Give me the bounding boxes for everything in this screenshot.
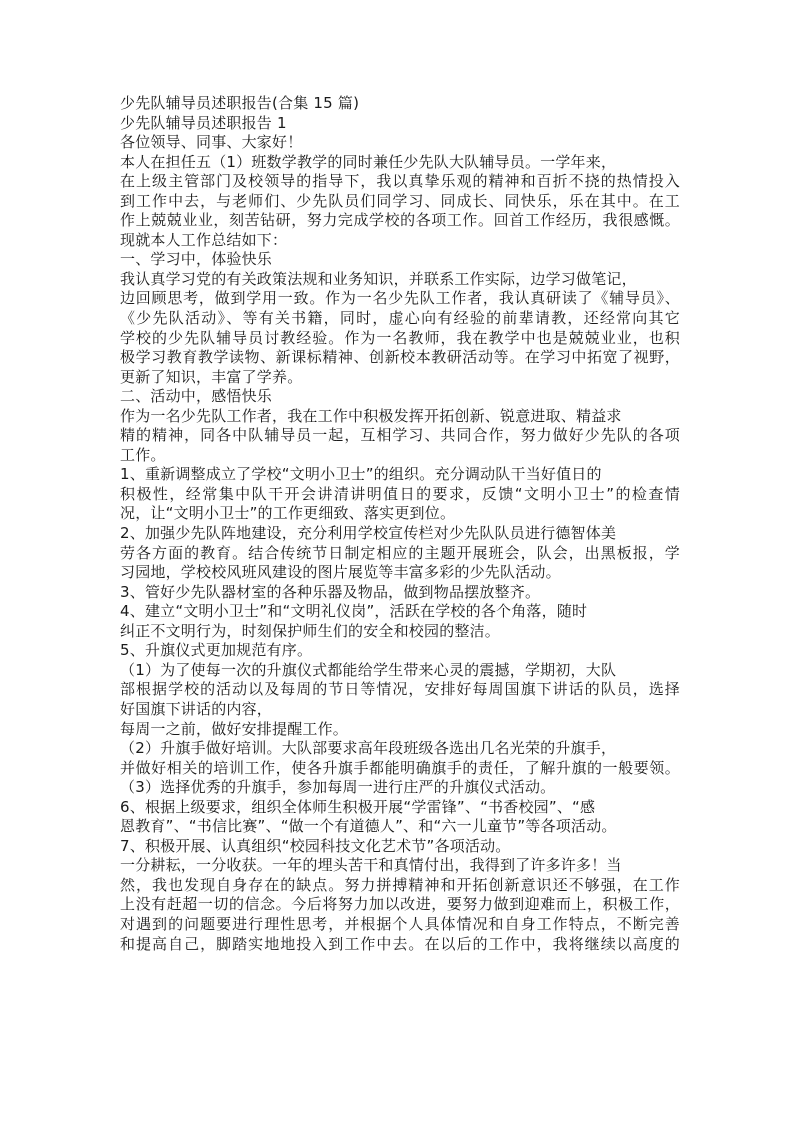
text-line: 作上兢兢业业，刻苦钻研，努力完成学校的各项工作。回首工作经历，我很感慨。 — [120, 211, 680, 231]
document-page: 少先队辅导员述职报告(合集 15 篇)少先队辅导员述职报告 1各位领导、同事、大… — [120, 94, 680, 954]
text-line: 积极性，经常集中队干开会讲清讲明值日的要求，反馈“文明小卫士”的检查情 — [120, 485, 680, 505]
text-line: 一、学习中，体验快乐 — [120, 250, 680, 270]
text-line: 我认真学习党的有关政策法规和业务知识，并联系工作实际，边学习做笔记， — [120, 270, 680, 290]
text-line: 部根据学校的活动以及每周的节日等情况，安排好每周国旗下讲话的队员，选择 — [120, 680, 680, 700]
text-line: 每周一之前，做好安排提醒工作。 — [120, 720, 680, 740]
text-line: 各位领导、同事、大家好！ — [120, 133, 680, 153]
text-line: 边回顾思考，做到学用一致。作为一名少先队工作者，我认真研读了《辅导员》、 — [120, 289, 680, 309]
text-line: 极学习教育教学读物、新课标精神、创新校本教研活动等。在学习中拓宽了视野， — [120, 348, 680, 368]
text-line: 本人在担任五（1）班数学教学的同时兼任少先队大队辅导员。一学年来， — [120, 153, 680, 173]
document-title: 少先队辅导员述职报告(合集 15 篇) — [120, 94, 680, 114]
text-line: 7、积极开展、认真组织“校园科技文化艺术节”各项活动。 — [120, 837, 680, 857]
text-line: 好国旗下讲话的内容， — [120, 700, 680, 720]
text-line: （1）为了使每一次的升旗仪式都能给学生带来心灵的震撼，学期初，大队 — [120, 661, 680, 681]
text-line: 况，让“文明小卫士”的工作更细致、落实更到位。 — [120, 504, 680, 524]
text-line: 4、建立“文明小卫士”和“文明礼仪岗”，活跃在学校的各个角落，随时 — [120, 602, 680, 622]
text-line: 纠正不文明行为，时刻保护师生们的安全和校园的整洁。 — [120, 622, 680, 642]
text-line: 2、加强少先队阵地建设，充分利用学校宣传栏对少先队队员进行德智体美 — [120, 524, 680, 544]
text-line: 更新了知识，丰富了学养。 — [120, 368, 680, 388]
text-line: （3）选择优秀的升旗手，参加每周一进行庄严的升旗仪式活动。 — [120, 778, 680, 798]
text-line: 和提高自己，脚踏实地地投入到工作中去。在以后的工作中，我将继续以高度的 — [120, 935, 680, 955]
text-line: 现就本人工作总结如下： — [120, 231, 680, 251]
document-subtitle: 少先队辅导员述职报告 1 — [120, 114, 680, 134]
text-line: 3、管好少先队器材室的各种乐器及物品，做到物品摆放整齐。 — [120, 583, 680, 603]
text-line: 习园地，学校校风班风建设的图片展览等丰富多彩的少先队活动。 — [120, 563, 680, 583]
text-line: 恩教育”、“书信比赛”、“做一个有道德人”、和“六一儿童节”等各项活动。 — [120, 817, 680, 837]
text-line: 二、活动中，感悟快乐 — [120, 387, 680, 407]
text-line: 上没有赶超一切的信念。今后将努力加以改进，要努力做到迎难而上，积极工作， — [120, 895, 680, 915]
text-line: 精的精神，同各中队辅导员一起，互相学习、共同合作，努力做好少先队的各项 — [120, 426, 680, 446]
text-line: 然，我也发现自身存在的缺点。努力拼搏精神和开拓创新意识还不够强，在工作 — [120, 876, 680, 896]
text-line: 6、根据上级要求，组织全体师生积极开展“学雷锋”、“书香校园”、“感 — [120, 798, 680, 818]
text-line: 工作。 — [120, 446, 680, 466]
text-line: 劳各方面的教育。结合传统节日制定相应的主题开展班会，队会，出黑板报，学 — [120, 544, 680, 564]
text-line: 到工作中去，与老师们、少先队员们同学习、同成长、同快乐，乐在其中。在工 — [120, 192, 680, 212]
text-line: 1、重新调整成立了学校“文明小卫士”的组织。充分调动队干当好值日的 — [120, 465, 680, 485]
text-line: 并做好相关的培训工作，使各升旗手都能明确旗手的责任，了解升旗的一般要领。 — [120, 759, 680, 779]
text-line: 对遇到的问题要进行理性思考，并根据个人具体情况和自身工作特点，不断完善 — [120, 915, 680, 935]
text-line: 5、升旗仪式更加规范有序。 — [120, 641, 680, 661]
text-line: 学校的少先队辅导员讨教经验。作为一名教师，我在教学中也是兢兢业业，也积 — [120, 329, 680, 349]
text-line: 作为一名少先队工作者，我在工作中积极发挥开拓创新、锐意进取、精益求 — [120, 407, 680, 427]
text-line: （2）升旗手做好培训。大队部要求高年段班级各选出几名光荣的升旗手， — [120, 739, 680, 759]
text-line: 一分耕耘，一分收获。一年的埋头苦干和真情付出，我得到了许多许多！当 — [120, 856, 680, 876]
text-line: 在上级主管部门及校领导的指导下，我以真挚乐观的精神和百折不挠的热情投入 — [120, 172, 680, 192]
text-line: 《少先队活动》、等有关书籍，同时，虚心向有经验的前辈请教，还经常向其它 — [120, 309, 680, 329]
